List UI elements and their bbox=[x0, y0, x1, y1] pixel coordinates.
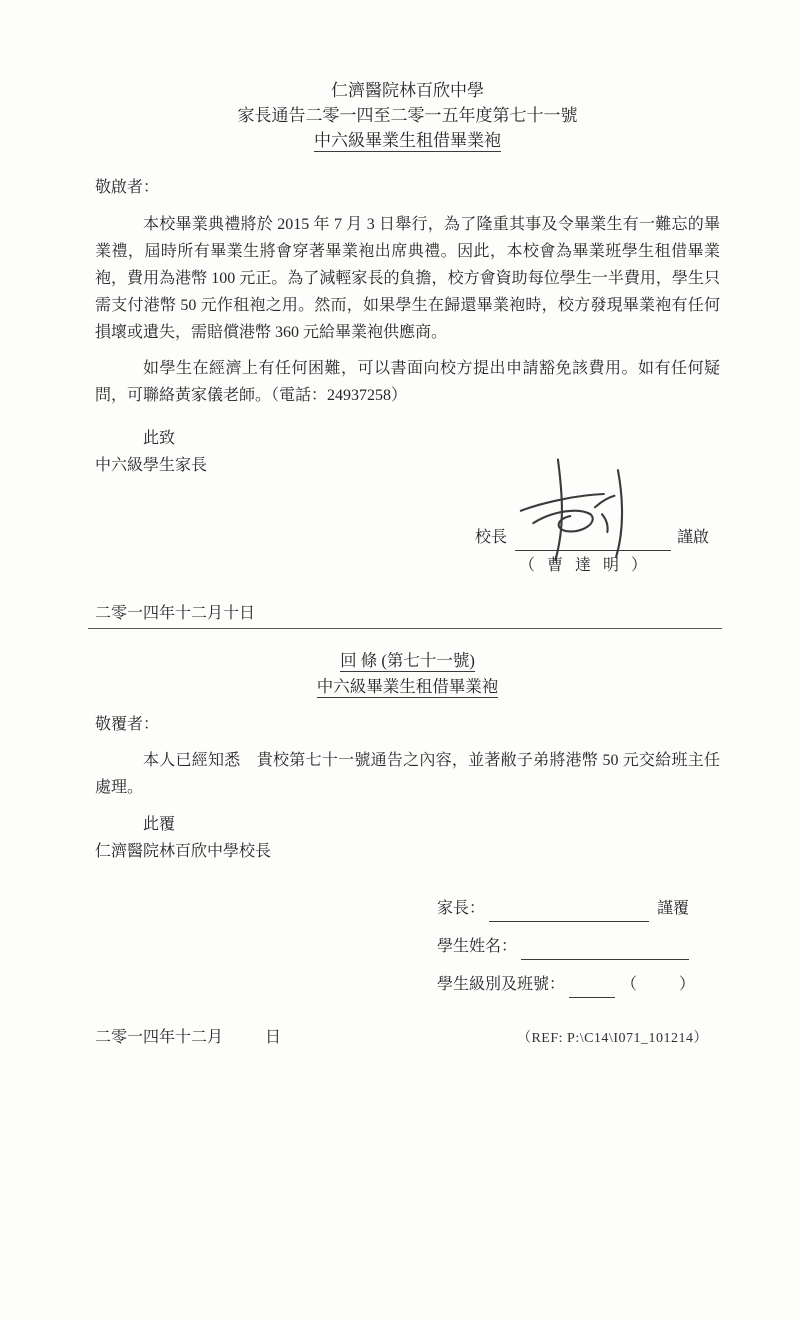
notice-subject-text: 中六級畢業生租借畢業袍 bbox=[314, 131, 501, 152]
reply-date-prefix: 二零一四年十二月 bbox=[95, 1029, 223, 1046]
student-name-label: 學生姓名： bbox=[437, 938, 517, 955]
class-paren-close: ） bbox=[679, 976, 695, 993]
letter-date: 二零一四年十二月十日 bbox=[95, 600, 720, 623]
parent-label: 家長： bbox=[437, 900, 485, 917]
scanned-notice-page: 仁濟醫院林百欣中學 家長通告二零一四至二零一五年度第七十一號 中六級畢業生租借畢… bbox=[0, 0, 800, 1319]
reply-salutation: 敬覆者： bbox=[95, 711, 720, 734]
notice-content: 仁濟醫院林百欣中學 家長通告二零一四至二零一五年度第七十一號 中六級畢業生租借畢… bbox=[95, 78, 720, 1047]
reply-title-text: 回 條 (第七十一號) bbox=[340, 651, 475, 672]
letter-paragraph-1: 本校畢業典禮將於 2015 年 7 月 3 日舉行，為了隆重其事及令畢業生有一難… bbox=[95, 211, 720, 346]
student-class-blank bbox=[569, 980, 615, 998]
principal-signoff: 謹啟 bbox=[677, 529, 709, 546]
principal-name: （ 曹 達 明 ） bbox=[519, 553, 720, 579]
reply-body: 本人已經知悉 貴校第七十一號通告之內容，並著敝子弟將港幣 50 元交給班主任處理… bbox=[95, 747, 720, 801]
student-name-row: 學生姓名： bbox=[437, 933, 720, 960]
student-class-row: 學生級別及班號：（） bbox=[437, 971, 720, 998]
reply-slip-header: 回 條 (第七十一號) 中六級畢業生租借畢業袍 bbox=[95, 648, 720, 700]
ref-number: （REF: P:\C14\I071_101214） bbox=[517, 1027, 708, 1047]
letter-salutation: 敬啟者： bbox=[95, 174, 720, 197]
reply-closing: 此覆 bbox=[95, 811, 720, 838]
reply-subject: 中六級畢業生租借畢業袍 bbox=[95, 674, 720, 700]
letter-header: 仁濟醫院林百欣中學 家長通告二零一四至二零一五年度第七十一號 中六級畢業生租借畢… bbox=[95, 78, 720, 153]
reply-form: 家長：謹覆 學生姓名： 學生級別及班號：（） bbox=[437, 895, 720, 998]
class-paren-open: （ bbox=[621, 976, 637, 993]
student-class-label: 學生級別及班號： bbox=[437, 976, 565, 993]
reply-title: 回 條 (第七十一號) bbox=[95, 648, 720, 674]
reply-date: 二零一四年十二月日 bbox=[95, 1024, 281, 1047]
principal-label: 校長 bbox=[475, 529, 507, 546]
principal-signature-line bbox=[515, 533, 671, 551]
section-divider bbox=[88, 628, 722, 629]
reply-subject-text: 中六級畢業生租借畢業袍 bbox=[317, 677, 499, 698]
parent-signature-blank bbox=[489, 904, 649, 922]
parent-signature-row: 家長：謹覆 bbox=[437, 895, 720, 922]
letter-addressee: 中六級學生家長 bbox=[95, 452, 720, 479]
student-name-blank bbox=[521, 942, 689, 960]
letter-closing: 此致 bbox=[95, 425, 720, 452]
notice-number-line: 家長通告二零一四至二零一五年度第七十一號 bbox=[95, 103, 720, 128]
reply-addressee: 仁濟醫院林百欣中學校長 bbox=[95, 838, 720, 865]
parent-signoff: 謹覆 bbox=[657, 900, 689, 917]
reply-date-suffix: 日 bbox=[265, 1029, 281, 1046]
notice-subject: 中六級畢業生租借畢業袍 bbox=[95, 128, 720, 153]
school-name: 仁濟醫院林百欣中學 bbox=[95, 78, 720, 103]
letter-paragraph-2: 如學生在經濟上有任何困難，可以書面向校方提出申請豁免該費用。如有任何疑問，可聯絡… bbox=[95, 355, 720, 409]
principal-signature-block: 校長謹啟 （ 曹 達 明 ） bbox=[475, 525, 720, 579]
reply-footer: 二零一四年十二月日 （REF: P:\C14\I071_101214） bbox=[95, 1024, 720, 1047]
